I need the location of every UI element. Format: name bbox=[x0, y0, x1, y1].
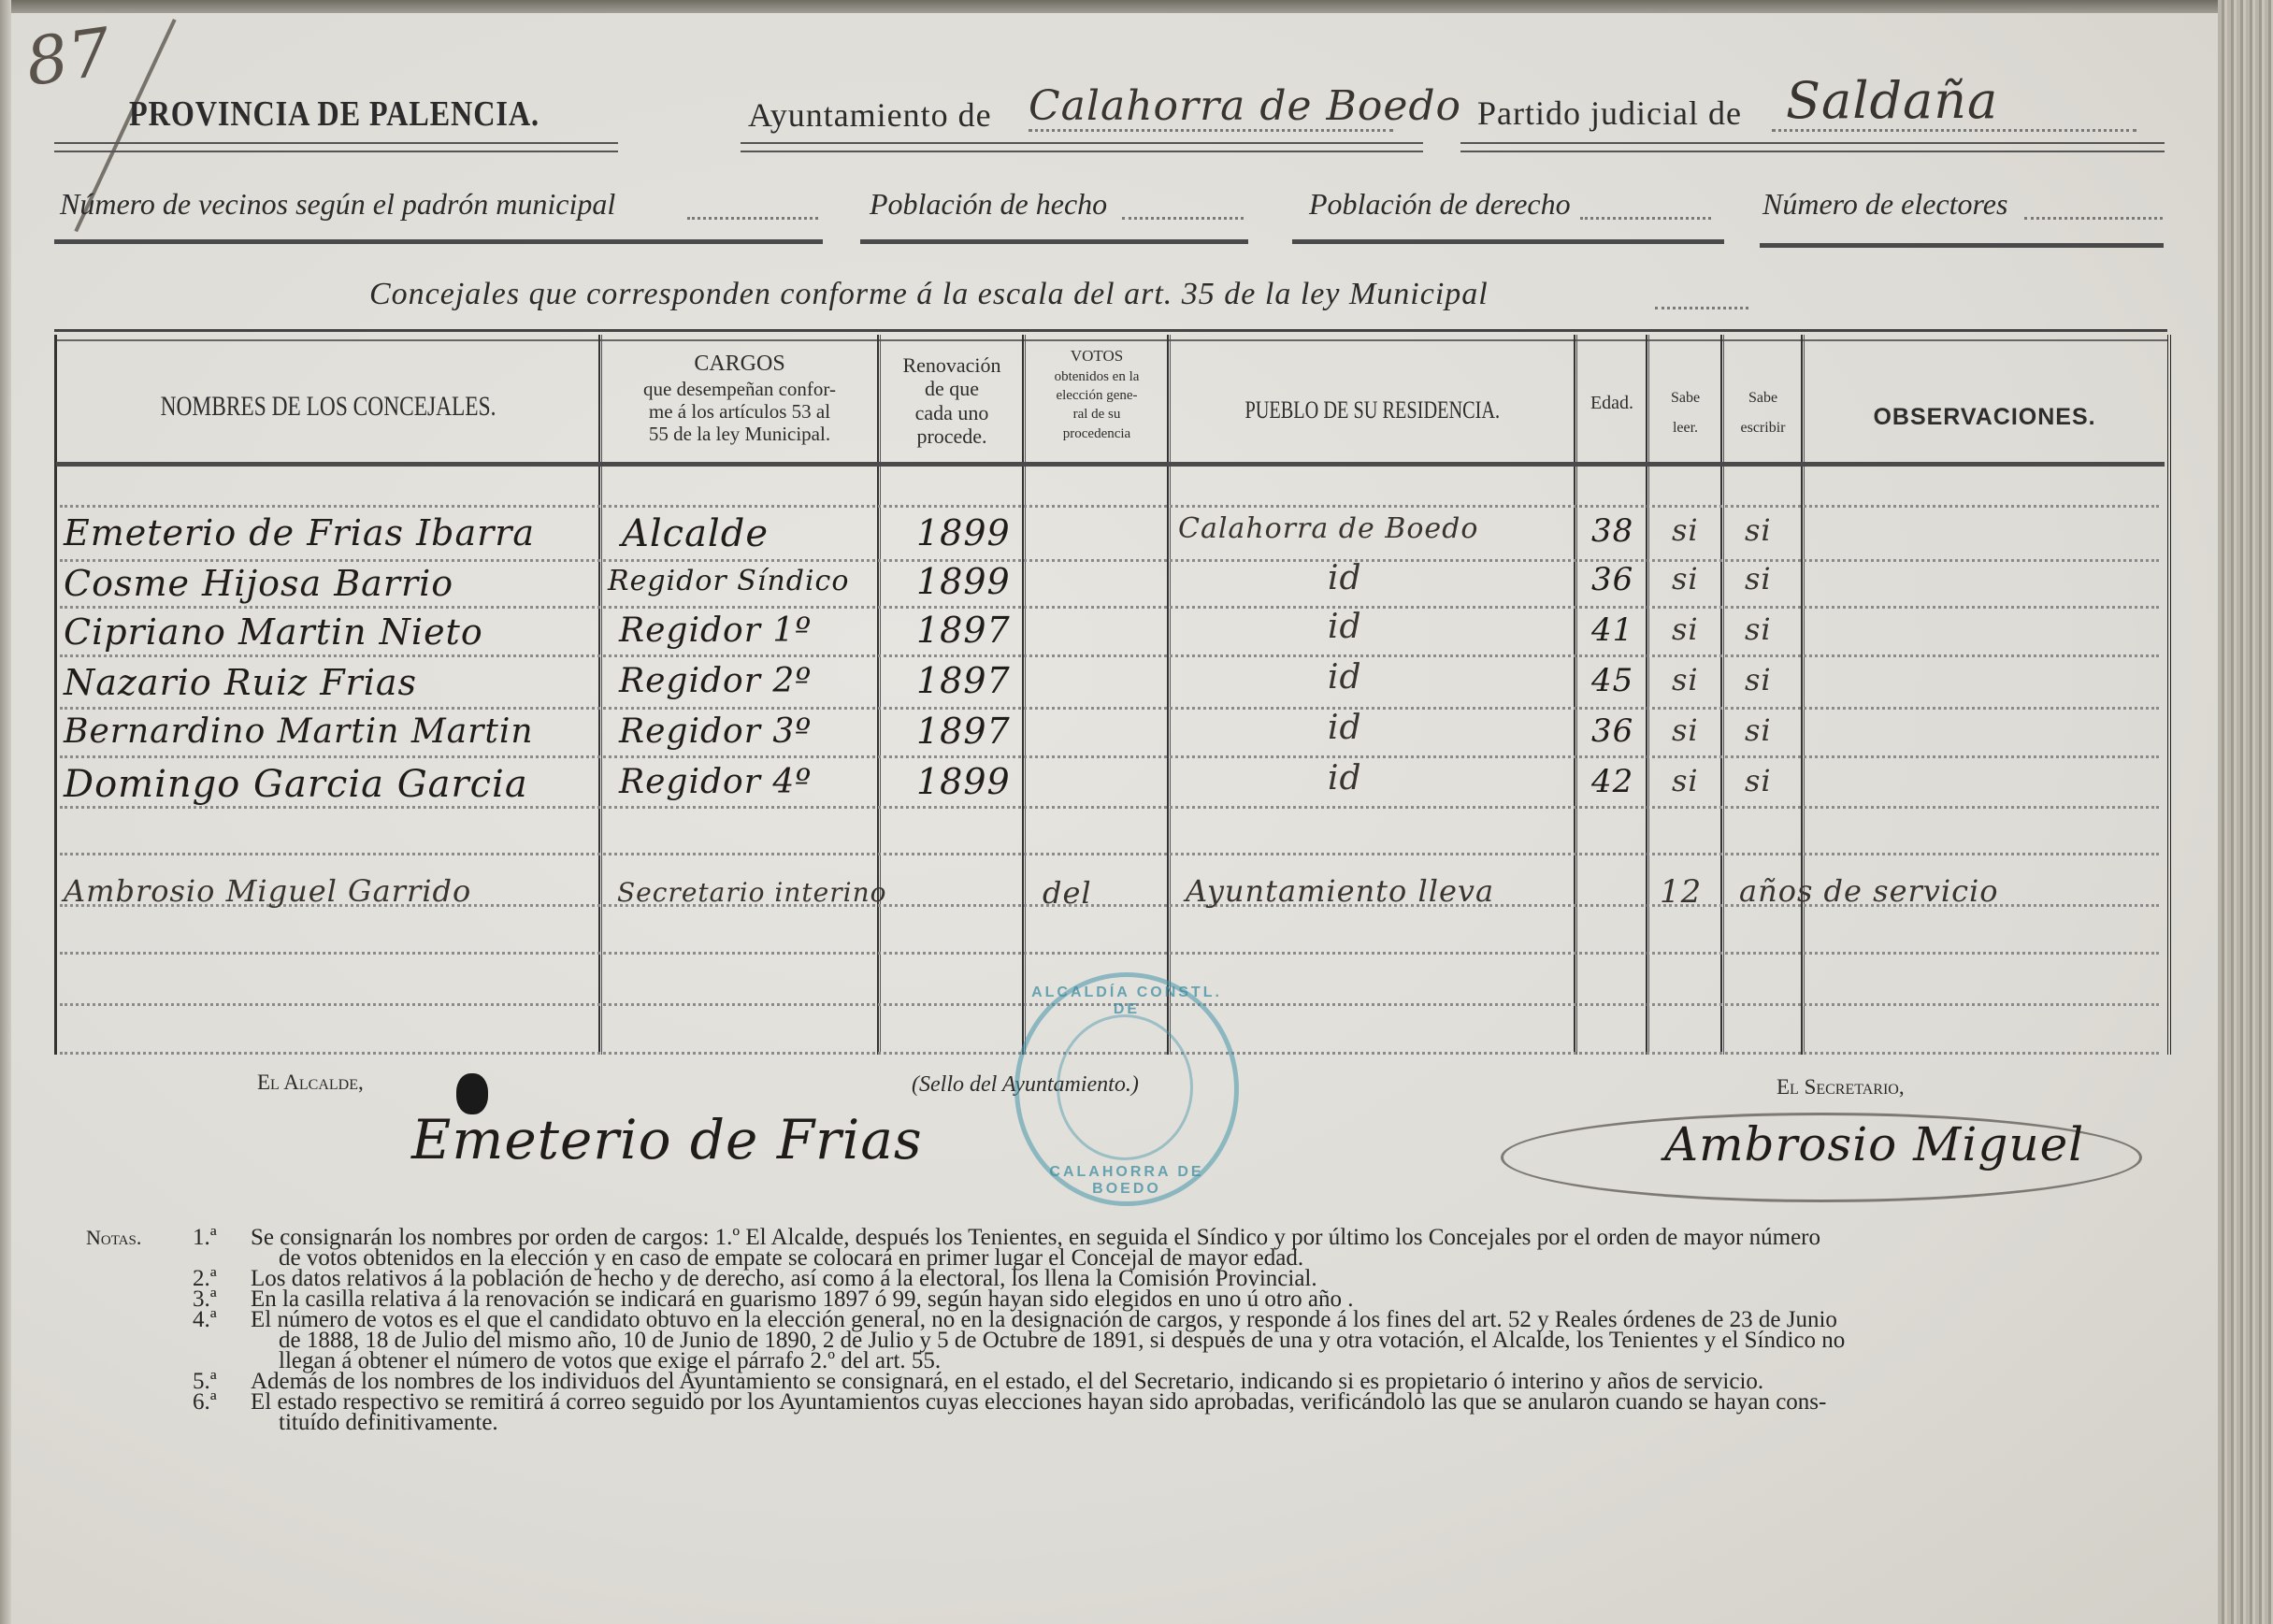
cell-cargo[interactable]: Regidor 1º bbox=[619, 611, 812, 650]
cell-leer[interactable]: si bbox=[1672, 561, 1699, 596]
cell-escribir[interactable]: si bbox=[1745, 512, 1772, 548]
poblacion-hecho-field[interactable] bbox=[1122, 217, 1244, 220]
cell-leer[interactable]: si bbox=[1672, 512, 1699, 548]
col-header-votos-line: elección gene- bbox=[1026, 386, 1168, 405]
secretary-years[interactable]: 12 bbox=[1660, 873, 1702, 911]
col-header-sabe-leer: Sabe leer. bbox=[1649, 383, 1721, 443]
cell-edad[interactable]: 36 bbox=[1591, 712, 1633, 750]
cell-nombre[interactable]: Cosme Hijosa Barrio bbox=[64, 563, 453, 604]
cell-nombre[interactable]: Emeterio de Frias Ibarra bbox=[64, 512, 535, 553]
cell-nombre[interactable]: Nazario Ruiz Frias bbox=[64, 662, 417, 703]
secretary-text-ayuntamiento[interactable]: Ayuntamiento lleva bbox=[1186, 873, 1494, 909]
row-guide bbox=[60, 707, 2159, 710]
cell-escribir[interactable]: si bbox=[1745, 561, 1772, 596]
ayuntamiento-rule bbox=[741, 142, 1423, 152]
binding-spine bbox=[0, 0, 11, 1624]
col-divider-5 bbox=[1574, 335, 1577, 1055]
ayuntamiento-dotted-line bbox=[1029, 129, 1393, 132]
cell-renovacion[interactable]: 1899 bbox=[916, 761, 1011, 802]
header-bottom-rule bbox=[56, 462, 2165, 467]
cell-leer[interactable]: si bbox=[1672, 712, 1699, 748]
electores-rule bbox=[1760, 243, 2164, 248]
col-header-cargos-line: 55 de la ley Municipal. bbox=[602, 423, 877, 445]
row-guide bbox=[60, 559, 2159, 562]
col-header-nombres: NOMBRES DE LOS CONCEJALES. bbox=[58, 391, 598, 424]
cell-edad[interactable]: 45 bbox=[1591, 662, 1633, 699]
row-guide bbox=[60, 952, 2159, 955]
col-header-sabe-escribir: Sabe escribir bbox=[1724, 383, 1802, 443]
col-header-pueblo: PUEBLO DE SU RESIDENCIA. bbox=[1171, 396, 1575, 424]
cell-renovacion[interactable]: 1897 bbox=[916, 711, 1011, 752]
secretario-signature: Ambrosio Miguel bbox=[1664, 1117, 2084, 1171]
col-header-cargos: CARGOS que desempeñan confor- me á los a… bbox=[602, 352, 877, 445]
cell-edad[interactable]: 38 bbox=[1591, 512, 1633, 550]
alcalde-label: El Alcalde, bbox=[257, 1071, 364, 1095]
partido-rule bbox=[1460, 142, 2165, 152]
secretary-cargo[interactable]: Secretario interino bbox=[617, 877, 886, 908]
margin-annotation: 87 bbox=[22, 13, 117, 101]
col-header-votos-line: ral de su bbox=[1026, 405, 1168, 424]
col-header-votos-title: VOTOS bbox=[1026, 346, 1168, 367]
col-header-observaciones: OBSERVACIONES. bbox=[1805, 404, 2165, 431]
municipal-stamp: ALCALDÍA CONSTL. DE CALAHORRA DE BOEDO bbox=[1014, 972, 1239, 1206]
cell-renovacion[interactable]: 1897 bbox=[916, 660, 1011, 701]
concejales-subtitle: Concejales que corresponden conforme á l… bbox=[369, 277, 1489, 312]
province-rule bbox=[54, 142, 618, 152]
vecinos-label: Número de vecinos según el padrón munici… bbox=[60, 187, 615, 222]
partido-value[interactable]: Saldaña bbox=[1786, 71, 1998, 130]
subtitle-dotted-line bbox=[1655, 307, 1748, 309]
col-header-sabe-leer-line: Sabe bbox=[1649, 383, 1721, 413]
cell-escribir[interactable]: si bbox=[1745, 611, 1772, 647]
note-line: tituído definitivamente. bbox=[279, 1413, 498, 1433]
col-header-nombres-label: NOMBRES DE LOS CONCEJALES. bbox=[161, 391, 496, 424]
ayuntamiento-value[interactable]: Calahorra de Boedo bbox=[1029, 82, 1461, 130]
poblacion-derecho-label: Población de derecho bbox=[1309, 187, 1571, 222]
poblacion-hecho-label: Población de hecho bbox=[870, 187, 1107, 222]
cell-renovacion[interactable]: 1897 bbox=[916, 610, 1011, 651]
cell-nombre[interactable]: Domingo Garcia Garcia bbox=[64, 763, 528, 806]
cell-pueblo[interactable]: id bbox=[1328, 559, 1362, 597]
col-header-sabe-escribir-line: Sabe bbox=[1724, 383, 1802, 413]
cell-leer[interactable]: si bbox=[1672, 662, 1699, 697]
col-header-votos: VOTOS obtenidos en la elección gene- ral… bbox=[1026, 346, 1168, 443]
alcalde-signature: Emeterio de Frias bbox=[411, 1108, 923, 1171]
col-header-renovacion: Renovación de que cada uno procede. bbox=[881, 353, 1023, 448]
col-header-pueblo-label: PUEBLO DE SU RESIDENCIA. bbox=[1245, 396, 1501, 424]
secretario-label: El Secretario, bbox=[1777, 1075, 1905, 1099]
note-number: 6.ª bbox=[193, 1392, 217, 1413]
cell-cargo[interactable]: Regidor Síndico bbox=[608, 565, 849, 597]
cell-cargo[interactable]: Alcalde bbox=[622, 512, 769, 555]
stamp-shield-icon bbox=[1057, 1014, 1193, 1160]
notes-label: Notas. bbox=[86, 1228, 141, 1248]
cell-cargo[interactable]: Regidor 2º bbox=[619, 662, 812, 700]
col-header-cargos-line: que desempeñan confor- bbox=[602, 378, 877, 400]
electores-field[interactable] bbox=[2024, 217, 2163, 220]
cell-renovacion[interactable]: 1899 bbox=[916, 561, 1011, 602]
col-header-cargos-line: me á los artículos 53 al bbox=[602, 400, 877, 423]
poblacion-derecho-field[interactable] bbox=[1580, 217, 1711, 220]
row-guide bbox=[60, 853, 2159, 855]
secretary-name[interactable]: Ambrosio Miguel Garrido bbox=[64, 873, 471, 909]
row-guide bbox=[60, 654, 2159, 657]
cell-pueblo[interactable]: id bbox=[1328, 608, 1362, 646]
electores-label: Número de electores bbox=[1762, 187, 2007, 222]
province-title: PROVINCIA DE PALENCIA. bbox=[129, 93, 539, 135]
vecinos-rule bbox=[54, 239, 823, 244]
cell-edad[interactable]: 36 bbox=[1591, 561, 1633, 598]
cell-leer[interactable]: si bbox=[1672, 763, 1699, 798]
cell-pueblo[interactable]: id bbox=[1328, 709, 1362, 747]
stamp-top-text: ALCALDÍA CONSTL. DE bbox=[1019, 984, 1234, 1018]
col-header-cargos-title: CARGOS bbox=[602, 352, 877, 378]
row-guide bbox=[60, 755, 2159, 758]
row-guide bbox=[60, 505, 2159, 508]
poblacion-derecho-rule bbox=[1292, 239, 1724, 244]
note-number: 4.ª bbox=[193, 1310, 217, 1330]
cell-cargo[interactable]: Regidor 4º bbox=[619, 763, 812, 801]
cell-pueblo[interactable]: Calahorra de Boedo bbox=[1178, 512, 1478, 545]
partido-dotted-line bbox=[1772, 129, 2136, 132]
col-header-sabe-leer-line: leer. bbox=[1649, 413, 1721, 443]
cell-nombre[interactable]: Bernardino Martin Martin bbox=[64, 712, 534, 751]
cell-edad[interactable]: 41 bbox=[1591, 611, 1633, 649]
ayuntamiento-label: Ayuntamiento de bbox=[748, 95, 992, 135]
cell-renovacion[interactable]: 1899 bbox=[916, 512, 1011, 553]
col-header-sabe-escribir-line: escribir bbox=[1724, 413, 1802, 443]
stamp-bottom-text: CALAHORRA DE BOEDO bbox=[1019, 1164, 1234, 1198]
secretary-service[interactable]: años de servicio bbox=[1739, 873, 1999, 909]
note-number: 1.ª bbox=[193, 1228, 217, 1248]
partido-label: Partido judicial de bbox=[1477, 93, 1742, 133]
col-header-renovacion-line: de que bbox=[881, 377, 1023, 400]
cell-cargo[interactable]: Regidor 3º bbox=[619, 712, 812, 751]
cell-nombre[interactable]: Cipriano Martin Nieto bbox=[64, 611, 483, 653]
poblacion-hecho-rule bbox=[860, 239, 1248, 244]
cell-escribir[interactable]: si bbox=[1745, 662, 1772, 697]
col-header-renovacion-line: procede. bbox=[881, 424, 1023, 448]
cell-pueblo[interactable]: id bbox=[1328, 658, 1362, 697]
page-stack-edge bbox=[2218, 0, 2273, 1624]
row-guide bbox=[60, 806, 2159, 809]
col-header-edad: Edad. bbox=[1577, 393, 1647, 414]
cell-edad[interactable]: 42 bbox=[1591, 763, 1633, 800]
row-guide bbox=[60, 606, 2159, 609]
cell-leer[interactable]: si bbox=[1672, 611, 1699, 647]
col-header-renovacion-line: cada uno bbox=[881, 401, 1023, 424]
cell-escribir[interactable]: si bbox=[1745, 712, 1772, 748]
cell-pueblo[interactable]: id bbox=[1328, 759, 1362, 798]
secretary-text-del[interactable]: del bbox=[1043, 875, 1092, 911]
col-header-renovacion-line: Renovación bbox=[881, 353, 1023, 377]
col-header-votos-line: obtenidos en la bbox=[1026, 367, 1168, 386]
cell-escribir[interactable]: si bbox=[1745, 763, 1772, 798]
vecinos-field[interactable] bbox=[687, 217, 818, 220]
col-header-votos-line: procedencia bbox=[1026, 424, 1168, 443]
